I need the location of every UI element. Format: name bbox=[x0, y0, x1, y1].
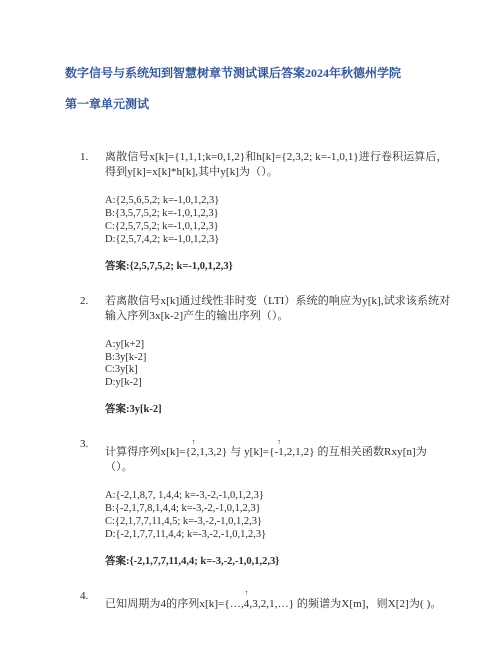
question-1-text: 离散信号x[k]={1,1,1;k=0,1,2}和h[k]={2,3,2; k=… bbox=[105, 150, 452, 180]
sequence-y-formula: y[k]={↑-1,2,1,2} bbox=[244, 446, 315, 458]
formula-x-marked: 2 bbox=[191, 446, 197, 458]
sequence-x-formula: x[k]={↑2,1,3,2} bbox=[161, 446, 228, 458]
marked-origin-x: ↑2 bbox=[191, 445, 197, 460]
up-arrow-icon: ↑ bbox=[277, 438, 281, 446]
question-3-body: 计算得序列x[k]={↑2,1,3,2} 与 y[k]={↑-1,2,1,2} … bbox=[105, 437, 452, 568]
question-2-answer: 答案:3y[k-2] bbox=[105, 401, 452, 416]
question-2-option-d: D:y[k-2] bbox=[105, 377, 452, 390]
formula-x-head: x[k]={ bbox=[161, 446, 191, 458]
formula-y-marked: -1 bbox=[275, 446, 284, 458]
question-3: 3. 计算得序列x[k]={↑2,1,3,2} 与 y[k]={↑-1,2,1,… bbox=[65, 437, 452, 568]
question-1-option-a: A:{2,5,6,5,2; k=-1,0,1,2,3} bbox=[105, 195, 452, 208]
question-3-option-a: A:{-2,1,8,7, 1,4,4; k=-3,-2,-1,0,1,2,3} bbox=[105, 490, 452, 503]
question-3-options: A:{-2,1,8,7, 1,4,4; k=-3,-2,-1,0,1,2,3} … bbox=[105, 490, 452, 541]
question-3-text: 计算得序列x[k]={↑2,1,3,2} 与 y[k]={↑-1,2,1,2} … bbox=[105, 437, 452, 475]
up-arrow-icon: ↑ bbox=[192, 438, 196, 446]
formula-marked: 4 bbox=[244, 598, 250, 610]
question-3-option-b: B:{-2,1,7,8,1,4,4; k=-3,-2,-1,0,1,2,3} bbox=[105, 503, 452, 516]
question-1-option-b: B:{3,5,7,5,2; k=-1,0,1,2,3} bbox=[105, 208, 452, 221]
periodic-sequence-formula: x[k]={…,↑4,3,2,1,…} bbox=[199, 598, 294, 610]
question-1-answer: 答案:{2,5,7,5,2; k=-1,0,1,2,3} bbox=[105, 258, 452, 273]
question-list: 1. 离散信号x[k]={1,1,1;k=0,1,2}和h[k]={2,3,2;… bbox=[65, 150, 452, 612]
question-2-body: 若离散信号x[k]通过线性非时变（LTI）系统的响应为y[k],试求该系统对输入… bbox=[105, 294, 452, 417]
question-4-suffix: 的频谱为X[m]，则X[2]为( )。 bbox=[294, 598, 441, 610]
marked-origin: ↑4 bbox=[244, 597, 250, 612]
formula-tail: ,3,2,1,…} bbox=[249, 598, 294, 610]
question-3-option-c: C:{2,1,7,7,11,4,5; k=-3,-2,-1,0,1,2,3} bbox=[105, 516, 452, 529]
question-2: 2. 若离散信号x[k]通过线性非时变（LTI）系统的响应为y[k],试求该系统… bbox=[65, 294, 452, 417]
question-3-answer: 答案:{-2,1,7,7,11,4,4; k=-3,-2,-1,0,1,2,3} bbox=[105, 553, 452, 568]
question-2-option-c: C:3y[k] bbox=[105, 364, 452, 377]
question-4-body: 已知周期为4的序列x[k]={…,↑4,3,2,1,…} 的频谱为X[m]，则X… bbox=[105, 589, 452, 612]
answer-label: 答案: bbox=[105, 404, 130, 415]
up-arrow-icon: ↑ bbox=[245, 589, 249, 597]
page-title: 数字信号与系统知到智慧树章节测试课后答案2024年秋德州学院 bbox=[65, 66, 452, 81]
question-2-option-b: B:3y[k-2] bbox=[105, 352, 452, 365]
question-1-option-c: C:{2,5,7,5,2; k=-1,0,1,2,3} bbox=[105, 221, 452, 234]
formula-y-head: y[k]={ bbox=[244, 446, 274, 458]
question-3-option-d: D:{-2,1,7,7,11,4,4; k=-3,-2,-1,0,1,2,3} bbox=[105, 529, 452, 542]
answer-label: 答案: bbox=[105, 261, 130, 272]
question-2-number: 2. bbox=[80, 294, 105, 417]
question-3-prefix: 计算得序列 bbox=[105, 446, 161, 458]
answer-value: {-2,1,7,7,11,4,4; k=-3,-2,-1,0,1,2,3} bbox=[130, 556, 280, 567]
answer-label: 答案: bbox=[105, 556, 130, 567]
answer-value: {2,5,7,5,2; k=-1,0,1,2,3} bbox=[130, 261, 233, 272]
question-4-prefix: 已知周期为4的序列 bbox=[105, 598, 199, 610]
question-1-options: A:{2,5,6,5,2; k=-1,0,1,2,3} B:{3,5,7,5,2… bbox=[105, 195, 452, 246]
section-title: 第一章单元测试 bbox=[65, 95, 452, 112]
document-page: 数字信号与系统知到智慧树章节测试课后答案2024年秋德州学院 第一章单元测试 1… bbox=[0, 0, 500, 647]
marked-origin-y: ↑-1 bbox=[275, 445, 284, 460]
question-2-text: 若离散信号x[k]通过线性非时变（LTI）系统的响应为y[k],试求该系统对输入… bbox=[105, 294, 452, 324]
question-3-mid: 与 bbox=[227, 446, 244, 458]
question-4-number: 4. bbox=[80, 589, 105, 612]
question-4-text: 已知周期为4的序列x[k]={…,↑4,3,2,1,…} 的频谱为X[m]，则X… bbox=[105, 589, 452, 612]
question-1-number: 1. bbox=[80, 150, 105, 273]
question-3-number: 3. bbox=[80, 437, 105, 568]
answer-value: 3y[k-2] bbox=[130, 404, 162, 415]
question-4: 4. 已知周期为4的序列x[k]={…,↑4,3,2,1,…} 的频谱为X[m]… bbox=[65, 589, 452, 612]
question-1: 1. 离散信号x[k]={1,1,1;k=0,1,2}和h[k]={2,3,2;… bbox=[65, 150, 452, 273]
question-2-option-a: A:y[k+2] bbox=[105, 339, 452, 352]
formula-y-tail: ,2,1,2} bbox=[284, 446, 315, 458]
question-2-options: A:y[k+2] B:3y[k-2] C:3y[k] D:y[k-2] bbox=[105, 339, 452, 390]
question-1-option-d: D:{2,5,7,4,2; k=-1,0,1,2,3} bbox=[105, 234, 452, 247]
formula-head: x[k]={…, bbox=[199, 598, 243, 610]
question-1-body: 离散信号x[k]={1,1,1;k=0,1,2}和h[k]={2,3,2; k=… bbox=[105, 150, 452, 273]
formula-x-tail: ,1,3,2} bbox=[197, 446, 228, 458]
